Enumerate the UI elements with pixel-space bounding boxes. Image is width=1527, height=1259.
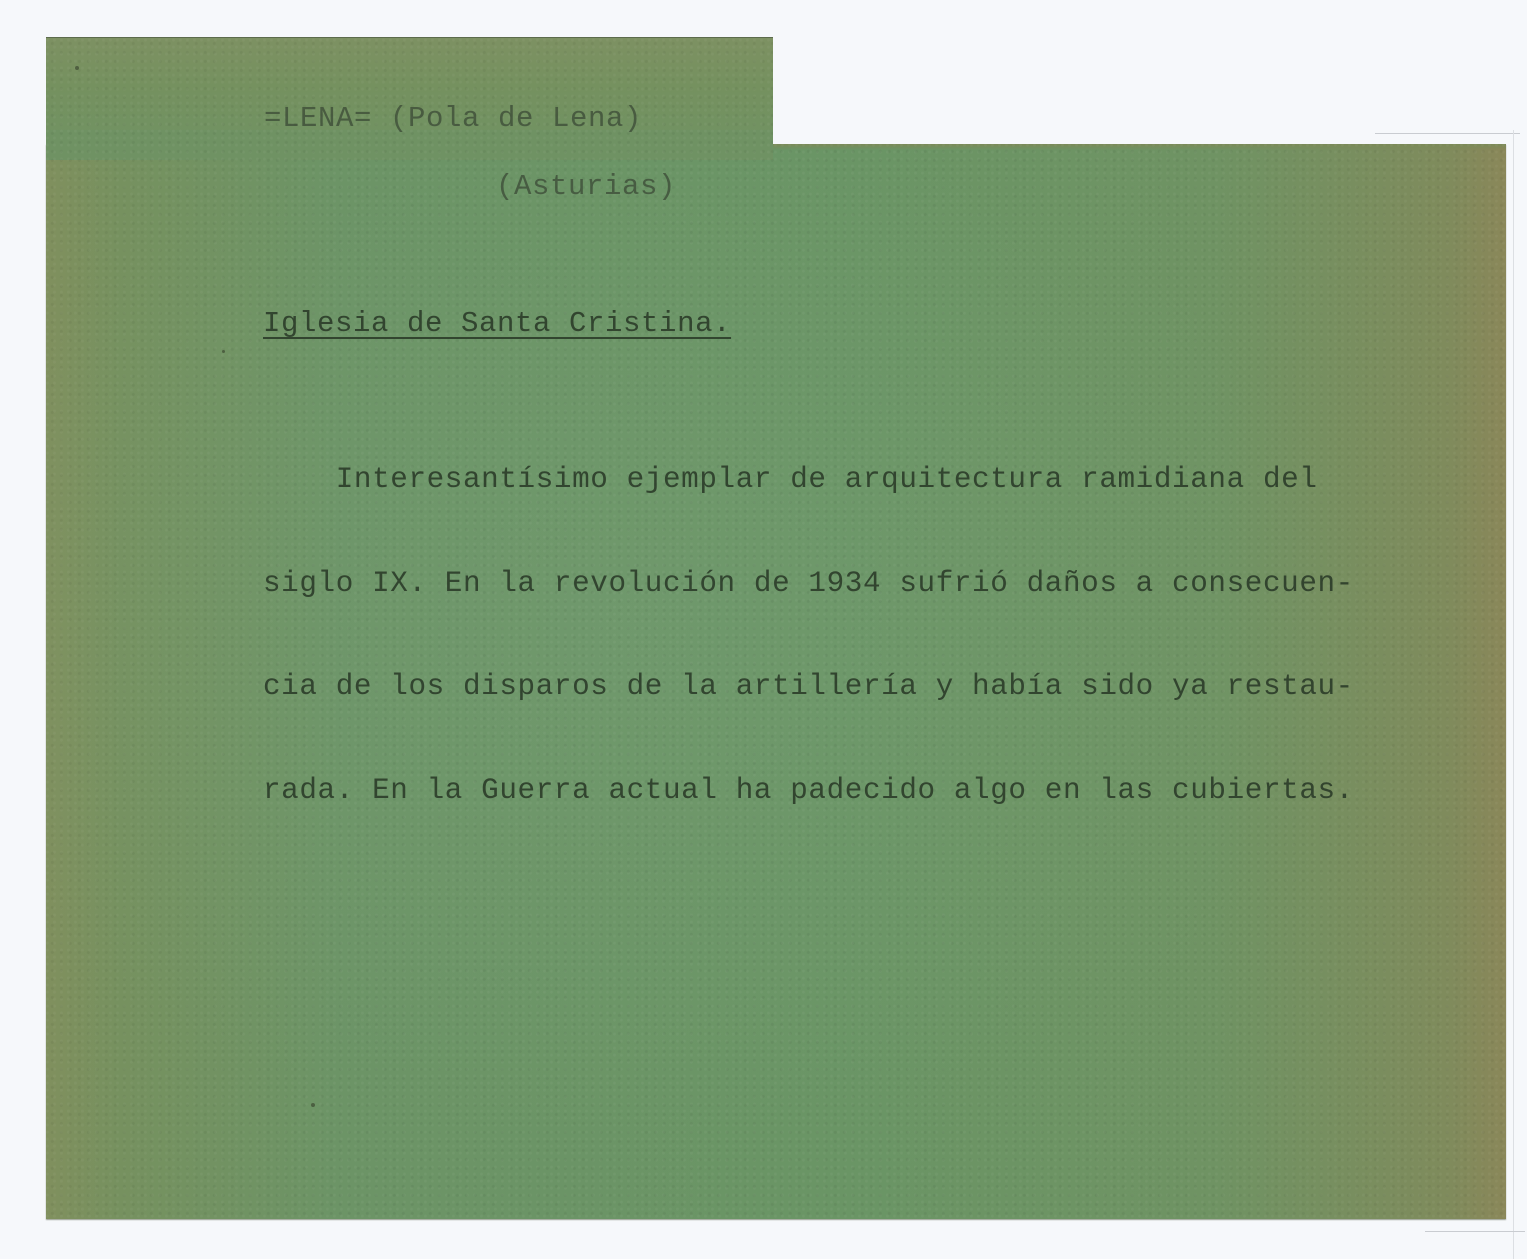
paper-speck <box>75 66 79 70</box>
card-body-text: Interesantísimo ejemplar de arquitectura… <box>263 394 1354 877</box>
card-title: Iglesia de Santa Cristina. <box>263 307 731 341</box>
body-line: siglo IX. En la revolución de 1934 sufri… <box>263 567 1354 602</box>
card-header-location: =LENA= (Pola de Lena) <box>264 102 642 136</box>
scanned-document: =LENA= (Pola de Lena) (Asturias) Iglesia… <box>0 0 1527 1259</box>
body-line: rada. En la Guerra actual ha padecido al… <box>263 774 1354 809</box>
crop-mark <box>1513 130 1514 1259</box>
card-header-region: (Asturias) <box>496 170 676 204</box>
paper-speck <box>222 350 225 353</box>
paper-speck <box>311 1103 315 1107</box>
crop-mark <box>1425 1231 1525 1232</box>
body-line: cia de los disparos de la artillería y h… <box>263 670 1354 705</box>
body-line: Interesantísimo ejemplar de arquitectura… <box>263 463 1354 498</box>
crop-mark <box>1375 133 1520 134</box>
